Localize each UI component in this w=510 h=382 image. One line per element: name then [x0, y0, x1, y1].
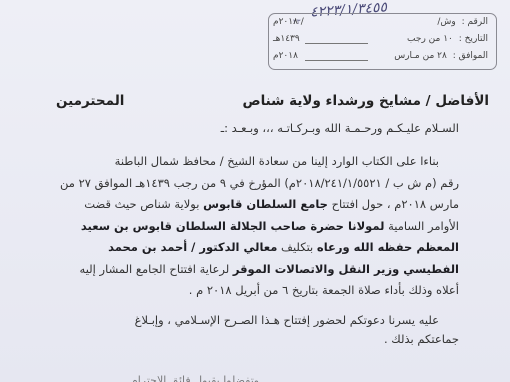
body-line: الأوامر السامية لمولانا حضرة صاحب الجلال…	[62, 216, 459, 238]
reference-number-label: الرقم :	[462, 14, 488, 31]
hijri-date-value: ١٠ من رجب	[407, 31, 453, 48]
gregorian-date-label: الموافق :	[453, 48, 488, 65]
date-underline	[305, 43, 368, 44]
reference-number-row: الرقم : وش/ / ٢٠١٨م	[269, 14, 496, 31]
body-text: مارس ٢٠١٨م ، حول افتتاح	[328, 197, 459, 211]
closing-line: عليه يسرنا دعوتكم لحضور إفتتاح هـذا الصـ…	[62, 311, 459, 330]
body-text: بتكليف	[277, 240, 317, 254]
gregorian-date-row: الموافق : ٢٨ من مـارس ٢٠١٨م	[269, 48, 496, 65]
letter-page: ٤٢٢٣/١/٣٤٥٥ ٢٣ الرقم : وش/ / ٢٠١٨م التار…	[0, 0, 510, 382]
reference-box: الرقم : وش/ / ٢٠١٨م التاريخ : ١٠ من رجب …	[268, 13, 497, 70]
body-line: رقم (م ش ب / ٢٠١٨/٢٤١/١/٥٥٢١م) المؤرخ في…	[62, 173, 459, 195]
body-text: لرعاية افتتاح الجامع المشار إليه	[80, 262, 233, 276]
minister-name: معالي الدكتور / أحمد بن محمد	[108, 240, 277, 254]
mosque-name: جامع السلطان قابوس	[203, 197, 328, 211]
body-line: بناءا على الكتاب الوارد إلينا من سعادة ا…	[62, 151, 459, 173]
body-text: الأوامر السامية	[384, 219, 459, 233]
minister-name: الفطيسي وزير النقل والاتصالات الموقر	[233, 262, 459, 276]
gregorian-date-value: ٢٨ من مـارس	[394, 48, 447, 65]
sultan-title: لمولانا حضرة صاحب الجلالة السلطان قابوس …	[81, 219, 385, 233]
body-paragraph: بناءا على الكتاب الوارد إلينا من سعادة ا…	[62, 151, 459, 302]
sign-off-line: وتفضلوا بقبول فائق الاحترام	[0, 374, 510, 382]
honorific-heading: المحترمين	[56, 93, 124, 109]
sultan-title: المعظم حفظه الله ورعاه	[317, 240, 459, 254]
gregorian-year: ٢٠١٨م	[273, 48, 298, 65]
closing-line: جماعتكم بذلك .	[62, 330, 459, 349]
hijri-date-row: التاريخ : ١٠ من رجب ١٤٣٩هـ	[269, 31, 496, 48]
hijri-date-label: التاريخ :	[459, 31, 488, 48]
body-text: بولاية شناص حيث قضت	[84, 197, 203, 211]
reference-number-value: وش/	[437, 14, 455, 31]
body-line: أعلاه وذلك بأداء صلاة الجمعة بتاريخ ٦ من…	[62, 280, 459, 302]
body-line: مارس ٢٠١٨م ، حول افتتاح جامع السلطان قاب…	[62, 194, 459, 216]
reference-number-suffix: / ٢٠١٨م	[273, 14, 304, 31]
body-line: المعظم حفظه الله ورعاه بتكليف معالي الدك…	[62, 237, 459, 259]
closing-paragraph: عليه يسرنا دعوتكم لحضور إفتتاح هـذا الصـ…	[62, 311, 459, 349]
hijri-year: ١٤٣٩هـ	[273, 31, 300, 48]
addressee-heading: الأفاضل / مشايخ ورشداء ولاية شناص	[242, 93, 489, 109]
greeting-line: السـلام عليـكـم ورحـمـة الله وبـركـاتـه …	[221, 121, 459, 135]
date-underline	[305, 60, 368, 61]
body-line: الفطيسي وزير النقل والاتصالات الموقر لرع…	[62, 259, 459, 281]
